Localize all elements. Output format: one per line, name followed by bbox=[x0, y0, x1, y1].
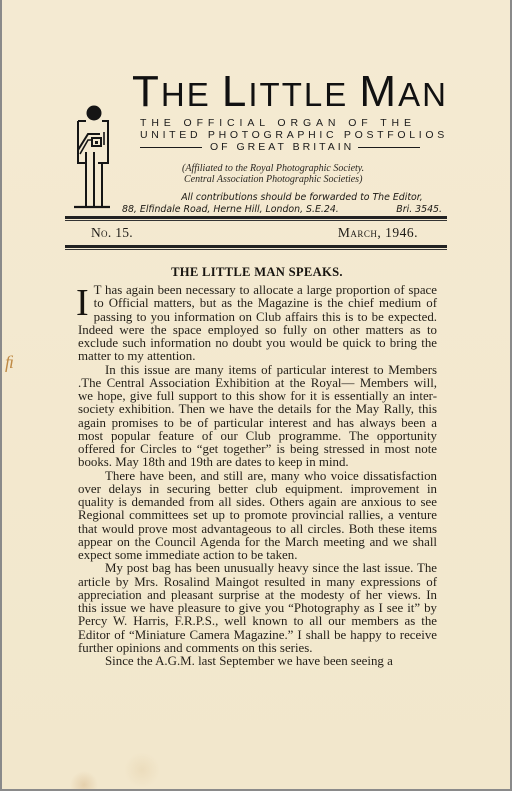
subtitle-line-3-text: OF GREAT BRITAIN bbox=[210, 141, 354, 153]
subtitle-line-2: UNITED PHOTOGRAPHIC POSTFOLIOS bbox=[140, 129, 432, 141]
paragraph-4: My post bag has been unusually heavy sin… bbox=[78, 562, 437, 655]
editor-address: 88, Elfindale Road, Herne Hill, London, … bbox=[122, 204, 339, 216]
paragraph-1: IT has again been necessary to allocate … bbox=[78, 284, 437, 364]
contributions-line-1: All contributions should be forwarded to… bbox=[122, 192, 442, 204]
margin-stain-mark: ﬁ bbox=[5, 352, 14, 373]
contributions-note: All contributions should be forwarded to… bbox=[122, 192, 442, 215]
subtitle-line-3: OF GREAT BRITAIN bbox=[140, 141, 432, 153]
header-rule-bottom bbox=[65, 245, 447, 250]
affiliation-line-1: (Affiliated to the Royal Photographic So… bbox=[182, 163, 442, 174]
affiliation-line-2: Central Association Photographic Societi… bbox=[182, 174, 442, 185]
decorative-dash-left bbox=[140, 147, 202, 148]
subtitle-line-1: THE OFFICIAL ORGAN OF THE bbox=[140, 117, 432, 129]
magazine-page: ﬁ THE LITTLE MAN THE OFFICIAL ORGAN OF T… bbox=[2, 0, 510, 789]
editor-phone: Bri. 3545. bbox=[396, 204, 442, 216]
issue-number: No. 15. bbox=[91, 225, 133, 241]
paragraph-5: Since the A.G.M. last September we have … bbox=[78, 655, 437, 668]
photographer-figure-icon bbox=[72, 100, 124, 210]
affiliation-note: (Affiliated to the Royal Photographic So… bbox=[182, 163, 442, 185]
article-body: IT has again been necessary to allocate … bbox=[78, 284, 437, 668]
paragraph-3: There have been, and still are, many who… bbox=[78, 470, 437, 563]
paragraph-2: In this issue are many items of particul… bbox=[78, 364, 437, 470]
masthead-title: THE LITTLE MAN bbox=[132, 70, 432, 117]
header-rule-top bbox=[65, 216, 447, 221]
article-title: THE LITTLE MAN SPEAKS. bbox=[72, 265, 442, 280]
drop-cap: I bbox=[76, 287, 89, 319]
contributions-address-line: 88, Elfindale Road, Herne Hill, London, … bbox=[122, 204, 442, 216]
issue-date: March, 1946. bbox=[338, 225, 418, 241]
decorative-dash-right bbox=[358, 147, 420, 148]
